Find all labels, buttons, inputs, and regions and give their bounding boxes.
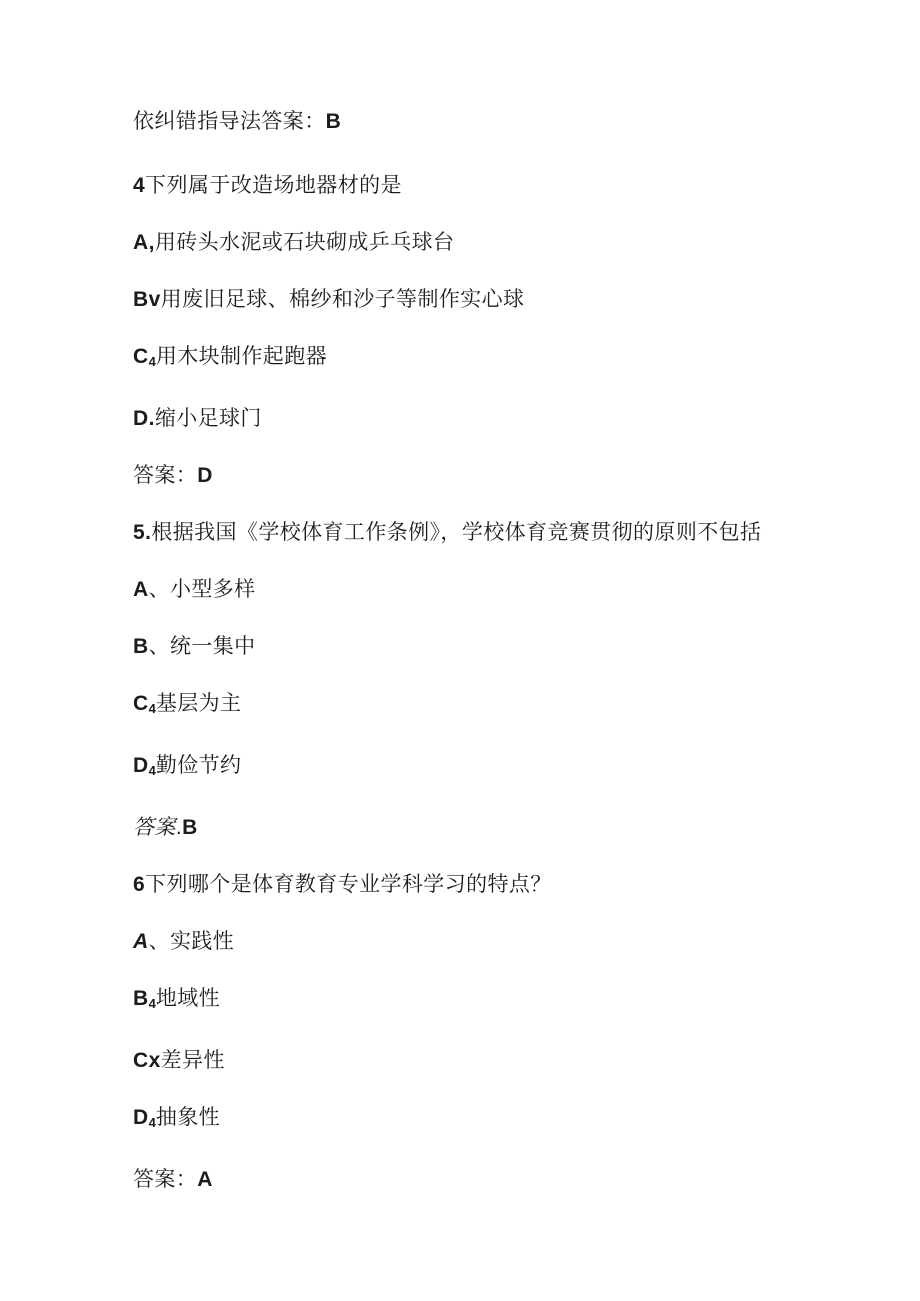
- text-run: 用木块制作起跑器: [156, 345, 327, 368]
- document-page: 依纠错指导法答案：B4下列属于改造场地器材的是A,用砖头水泥或石块砌成乒乓球台B…: [0, 0, 920, 1301]
- question-6-option-d: D4抽象性: [133, 1106, 830, 1134]
- question-4-stem: 4下列属于改造场地器材的是: [133, 174, 830, 197]
- text-run: A: [133, 578, 149, 601]
- text-run: B: [133, 635, 149, 658]
- text-run: Bv: [133, 288, 161, 311]
- text-run: C: [133, 692, 149, 715]
- text-run: B: [326, 110, 342, 133]
- question-6-option-c: Cx差异性: [133, 1049, 830, 1072]
- question-5-stem: 5.根据我国《学校体育工作条例》，学校体育竞赛贯彻的原则不包括: [133, 521, 830, 544]
- text-run: A: [197, 1168, 213, 1191]
- text-run: 4: [149, 763, 156, 778]
- question-5-option-d: D4勤俭节约: [133, 754, 830, 782]
- text-run: 答案：: [133, 464, 197, 487]
- text-run: 、小型多样: [149, 578, 256, 601]
- text-run: 4: [149, 701, 156, 716]
- question-4-answer: 答案：D: [133, 464, 830, 487]
- text-run: 用废旧足球、棉纱和沙子等制作实心球: [161, 288, 525, 311]
- question-5-option-a: A、小型多样: [133, 578, 830, 601]
- document-body: 依纠错指导法答案：B4下列属于改造场地器材的是A,用砖头水泥或石块砌成乒乓球台B…: [0, 0, 920, 1191]
- text-run: 4: [133, 174, 145, 197]
- question-6-answer: 答案：A: [133, 1168, 830, 1191]
- text-run: 下列属于改造场地器材的是: [145, 174, 402, 197]
- question-4-option-d: D.缩小足球门: [133, 407, 830, 430]
- text-run: 5.: [133, 521, 151, 544]
- text-run: D: [197, 464, 213, 487]
- text-run: 下列哪个是体育教育专业学科学习的特点？: [145, 873, 552, 896]
- text-run: 6: [133, 873, 145, 896]
- text-run: 地域性: [156, 987, 220, 1010]
- text-run: 用砖头水泥或石块砌成乒乓球台: [155, 231, 455, 254]
- text-run: D.: [133, 407, 155, 430]
- text-run: 、统一集中: [149, 635, 256, 658]
- text-run: 答案: [133, 816, 176, 839]
- text-run: 4: [149, 354, 156, 369]
- question-5-option-b: B、统一集中: [133, 635, 830, 658]
- text-run: 依纠错指导法答案：: [133, 110, 326, 133]
- correction-method-answer-line: 依纠错指导法答案：B: [133, 110, 830, 133]
- text-run: 差异性: [161, 1049, 225, 1072]
- text-run: 基层为主: [156, 692, 242, 715]
- text-run: B: [133, 987, 149, 1010]
- text-run: 根据我国《学校体育工作条例》，学校体育竞赛贯彻的原则不包括: [151, 521, 761, 544]
- text-run: D: [133, 754, 149, 777]
- text-run: A: [133, 930, 149, 953]
- text-run: 缩小足球门: [155, 407, 262, 430]
- question-4-option-b: Bv用废旧足球、棉纱和沙子等制作实心球: [133, 288, 830, 311]
- text-run: D: [133, 1106, 149, 1129]
- text-run: 4: [149, 1115, 156, 1130]
- text-run: 4: [149, 996, 156, 1011]
- question-4-option-a: A,用砖头水泥或石块砌成乒乓球台: [133, 231, 830, 254]
- question-6-option-a: A、实践性: [133, 930, 830, 953]
- text-run: Cx: [133, 1049, 161, 1072]
- text-run: 抽象性: [156, 1106, 220, 1129]
- question-5-option-c: C4基层为主: [133, 692, 830, 720]
- text-run: A,: [133, 231, 155, 254]
- text-run: B: [182, 816, 198, 839]
- question-6-stem: 6下列哪个是体育教育专业学科学习的特点？: [133, 873, 830, 896]
- question-6-option-b: B4地域性: [133, 987, 830, 1015]
- text-run: C: [133, 345, 149, 368]
- text-run: 、实践性: [149, 930, 235, 953]
- question-4-option-c: C4用木块制作起跑器: [133, 345, 830, 373]
- text-run: 勤俭节约: [156, 754, 242, 777]
- question-5-answer: 答案.B: [133, 816, 830, 839]
- text-run: 答案：: [133, 1168, 197, 1191]
